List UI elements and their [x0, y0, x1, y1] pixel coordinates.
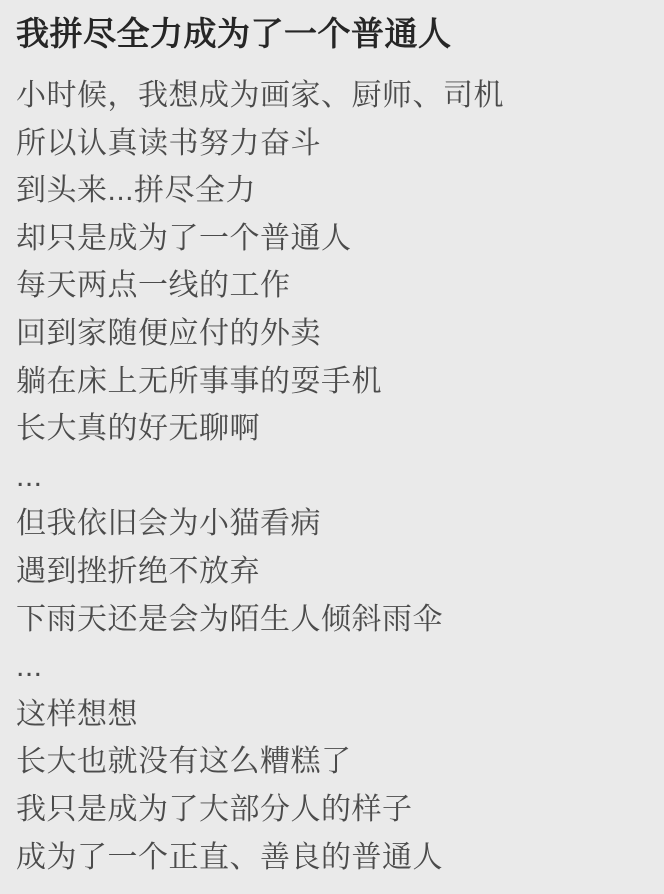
text-line: ...: [16, 453, 648, 501]
text-line: 长大也就没有这么糟糕了: [16, 738, 648, 786]
text-line: 所以认真读书努力奋斗: [16, 120, 648, 168]
post-title: 我拼尽全力成为了一个普通人: [16, 14, 648, 54]
text-line: 到头来...拼尽全力: [16, 167, 648, 215]
text-line: 躺在床上无所事事的耍手机: [16, 358, 648, 406]
text-line: 成为了一个正直、善良的普通人: [16, 834, 648, 882]
text-line: 长大真的好无聊啊: [16, 405, 648, 453]
text-line: 但我依旧会为小猫看病: [16, 500, 648, 548]
text-line: 小时候，我想成为画家、厨师、司机: [16, 72, 648, 120]
text-line: 却只是成为了一个普通人: [16, 215, 648, 263]
text-line: 下雨天还是会为陌生人倾斜雨伞: [16, 596, 648, 644]
text-line: 遇到挫折绝不放弃: [16, 548, 648, 596]
text-line: 我只是成为了大部分人的样子: [16, 786, 648, 834]
text-line: 每天两点一线的工作: [16, 262, 648, 310]
text-line: 回到家随便应付的外卖: [16, 310, 648, 358]
post-body: 小时候，我想成为画家、厨师、司机所以认真读书努力奋斗到头来...拼尽全力却只是成…: [16, 72, 648, 881]
text-line: ...: [16, 643, 648, 691]
text-post-page: 我拼尽全力成为了一个普通人 小时候，我想成为画家、厨师、司机所以认真读书努力奋斗…: [0, 0, 664, 894]
text-line: 这样想想: [16, 691, 648, 739]
